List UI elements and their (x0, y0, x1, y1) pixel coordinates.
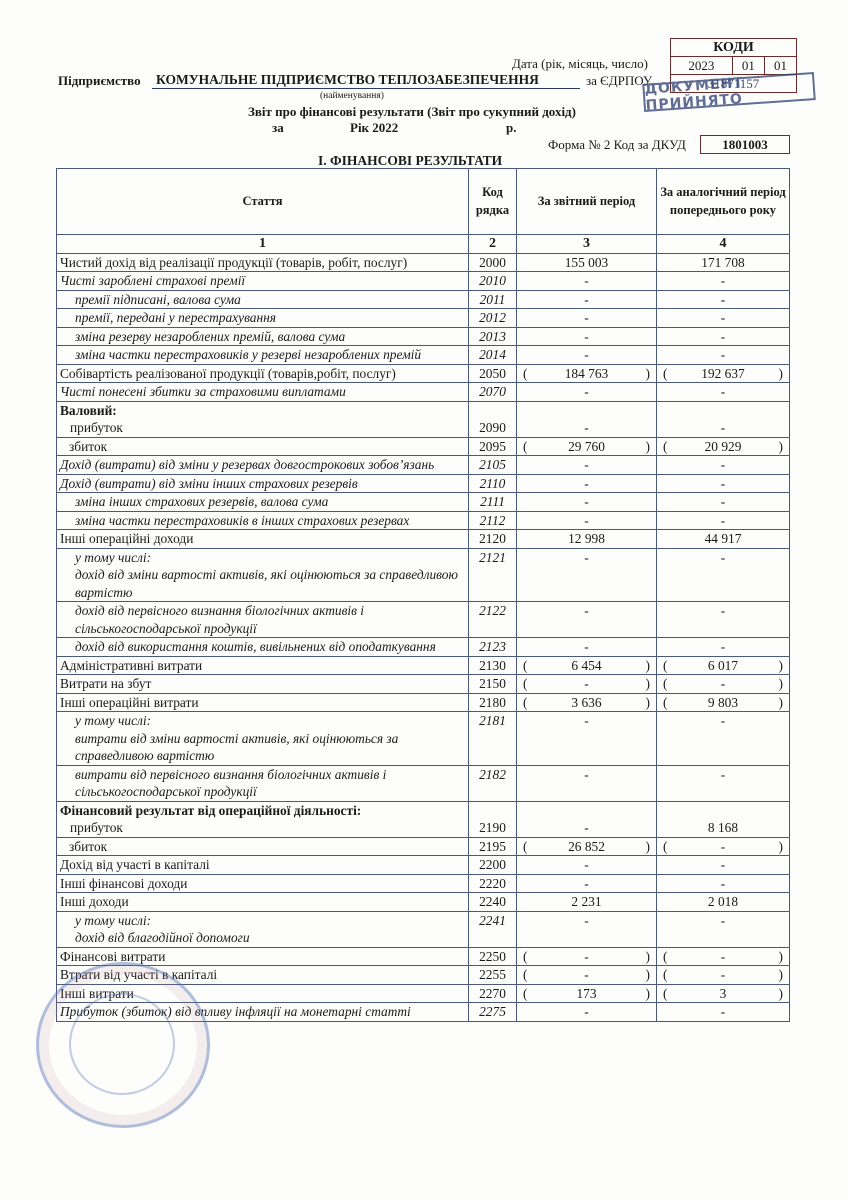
value-current: - (517, 1003, 657, 1022)
value-current: (26 852) (517, 837, 657, 856)
value-current: - (517, 765, 657, 801)
row-code: 2012 (469, 309, 517, 328)
value-previous: - (657, 638, 790, 657)
value-previous: - (657, 765, 790, 801)
value-current: - (517, 290, 657, 309)
value-current: - (517, 638, 657, 657)
name-caption: (найменування) (320, 91, 384, 101)
table-row: зміна частки перестраховиків в інших стр… (57, 511, 790, 530)
value-previous: - (657, 327, 790, 346)
row-label: у тому числі:дохід від благодійної допом… (57, 911, 469, 947)
row-code: 2070 (469, 383, 517, 402)
value-previous: - (657, 548, 790, 602)
value-current: - (517, 874, 657, 893)
row-code: 2150 (469, 675, 517, 694)
table-row: Адміністративні витрати2130(6 454)(6 017… (57, 656, 790, 675)
row-code: 2050 (469, 364, 517, 383)
value-previous: - (657, 290, 790, 309)
value-current: - (517, 911, 657, 947)
accepted-stamp: ДОКУМЕНТ ПРИЙНЯТО (642, 72, 816, 112)
table-row: Дохід (витрати) від зміни інших страхови… (57, 474, 790, 493)
value-previous: (-) (657, 837, 790, 856)
value-current: - (517, 401, 657, 437)
group-sub: прибуток (60, 419, 465, 437)
col-header-previous: За аналогічний період попереднього року (657, 169, 790, 235)
row-label: витрати від первісного визнання біологіч… (57, 765, 469, 801)
row-code: 2014 (469, 346, 517, 365)
table-row: зміна частки перестраховиків у резерві н… (57, 346, 790, 365)
row-code: 2090 (469, 401, 517, 437)
row-code: 2240 (469, 893, 517, 912)
table-row: Дохід від участі в капіталі2200-- (57, 856, 790, 875)
table-row: у тому числі:дохід від зміни вартості ак… (57, 548, 790, 602)
row-code: 2182 (469, 765, 517, 801)
row-label: Собівартість реалізованої продукції (тов… (57, 364, 469, 383)
value-previous: (6 017) (657, 656, 790, 675)
enterprise-label: Підприємство (58, 73, 141, 89)
value-current: - (517, 474, 657, 493)
value-current: - (517, 309, 657, 328)
value-current: - (517, 801, 657, 837)
row-code: 2220 (469, 874, 517, 893)
value-previous: 2 018 (657, 893, 790, 912)
row-label: у тому числі:дохід від зміни вартості ак… (57, 548, 469, 602)
row-label: премії підписані, валова сума (57, 290, 469, 309)
value-current: - (517, 456, 657, 475)
value-current: - (517, 346, 657, 365)
table-row: у тому числі:витрати від зміни вартості … (57, 712, 790, 766)
group-sub: прибуток (60, 819, 465, 837)
value-previous: - (657, 474, 790, 493)
dkud-code: 1801003 (700, 135, 790, 154)
table-row: Інші операційні доходи212012 99844 917 (57, 530, 790, 549)
table-row: премії підписані, валова сума2011-- (57, 290, 790, 309)
table-row: Втрати від участі в капіталі2255(-)(-) (57, 966, 790, 985)
value-previous: - (657, 346, 790, 365)
value-previous: (-) (657, 947, 790, 966)
table-row: збиток2095(29 760)(20 929) (57, 437, 790, 456)
value-previous: - (657, 401, 790, 437)
form-label: Форма № 2 Код за ДКУД (548, 137, 686, 153)
table-row: Чистий дохід від реалізації продукції (т… (57, 253, 790, 272)
row-label: збиток (57, 437, 469, 456)
report-title: Звіт про фінансові результати (Звіт про … (248, 104, 576, 120)
value-previous: - (657, 493, 790, 512)
period-suffix: р. (506, 120, 516, 136)
value-previous: (3) (657, 984, 790, 1003)
row-prefix: у тому числі: (75, 549, 465, 567)
row-code: 2180 (469, 693, 517, 712)
row-label: Втрати від участі в капіталі (57, 966, 469, 985)
table-row: зміна резерву незароблених премій, валов… (57, 327, 790, 346)
value-current: - (517, 856, 657, 875)
row-sub: дохід від зміни вартості активів, які оц… (75, 566, 465, 601)
value-current: (6 454) (517, 656, 657, 675)
row-sub: дохід від благодійної допомоги (75, 929, 465, 947)
row-code: 2111 (469, 493, 517, 512)
value-current: 155 003 (517, 253, 657, 272)
row-sub: витрати від зміни вартості активів, які … (75, 730, 465, 765)
row-label: Інші операційні витрати (57, 693, 469, 712)
table-row: премії, передані у перестрахування2012-- (57, 309, 790, 328)
value-previous: (-) (657, 966, 790, 985)
value-previous: (-) (657, 675, 790, 694)
row-code: 2130 (469, 656, 517, 675)
row-code: 2190 (469, 801, 517, 837)
row-code: 2195 (469, 837, 517, 856)
value-previous: - (657, 1003, 790, 1022)
value-current: - (517, 712, 657, 766)
section-title: І. ФІНАНСОВІ РЕЗУЛЬТАТИ (318, 153, 502, 169)
financial-results-table: Стаття Код рядка За звітний період За ан… (56, 168, 790, 1022)
value-previous: (192 637) (657, 364, 790, 383)
value-current: - (517, 272, 657, 291)
row-code: 2122 (469, 602, 517, 638)
row-code: 2241 (469, 911, 517, 947)
row-label: Фінансовий результат від операційної дія… (57, 801, 469, 837)
value-previous: 171 708 (657, 253, 790, 272)
row-label: дохід від первісного визнання біологічни… (57, 602, 469, 638)
row-label: Прибуток (збиток) від впливу інфляції на… (57, 1003, 469, 1022)
row-label: зміна частки перестраховиків в інших стр… (57, 511, 469, 530)
row-code: 2011 (469, 290, 517, 309)
col-header-item: Стаття (57, 169, 469, 235)
value-current: - (517, 602, 657, 638)
row-label: Чисті понесені збитки за страховими випл… (57, 383, 469, 402)
value-previous: - (657, 874, 790, 893)
table-row: Чисті зароблені страхові премії2010-- (57, 272, 790, 291)
value-current: - (517, 493, 657, 512)
value-previous: - (657, 511, 790, 530)
table-row: Валовий:прибуток2090-- (57, 401, 790, 437)
col-number: 2 (469, 235, 517, 254)
period-prefix: за (272, 120, 284, 136)
row-code: 2181 (469, 712, 517, 766)
table-row: Інші витрати2270(173)(3) (57, 984, 790, 1003)
row-label: Дохід (витрати) від зміни у резервах дов… (57, 456, 469, 475)
row-label: Валовий:прибуток (57, 401, 469, 437)
row-code: 2112 (469, 511, 517, 530)
date-year: 2023 (671, 57, 733, 75)
row-label: зміна інших страхових резервів, валова с… (57, 493, 469, 512)
value-previous: - (657, 911, 790, 947)
table-row: Чисті понесені збитки за страховими випл… (57, 383, 790, 402)
row-prefix: у тому числі: (75, 912, 465, 930)
table-row: Інші операційні витрати2180(3 636)(9 803… (57, 693, 790, 712)
row-label: збиток (57, 837, 469, 856)
row-code: 2121 (469, 548, 517, 602)
row-code: 2000 (469, 253, 517, 272)
value-current: (3 636) (517, 693, 657, 712)
row-code: 2275 (469, 1003, 517, 1022)
row-code: 2250 (469, 947, 517, 966)
table-row: Прибуток (збиток) від впливу інфляції на… (57, 1003, 790, 1022)
group-title: Валовий: (60, 402, 465, 420)
table-row: Витрати на збут2150(-)(-) (57, 675, 790, 694)
value-previous: - (657, 712, 790, 766)
row-code: 2123 (469, 638, 517, 657)
row-code: 2010 (469, 272, 517, 291)
table-row: Дохід (витрати) від зміни у резервах дов… (57, 456, 790, 475)
col-number: 1 (57, 235, 469, 254)
row-code: 2120 (469, 530, 517, 549)
value-previous: - (657, 309, 790, 328)
value-previous: - (657, 856, 790, 875)
row-label: зміна резерву незароблених премій, валов… (57, 327, 469, 346)
value-current: - (517, 548, 657, 602)
value-current: - (517, 383, 657, 402)
row-label: дохід від використання коштів, вивільнен… (57, 638, 469, 657)
value-previous: (9 803) (657, 693, 790, 712)
value-current: (184 763) (517, 364, 657, 383)
value-current: 12 998 (517, 530, 657, 549)
value-previous: (20 929) (657, 437, 790, 456)
table-row: Інші фінансові доходи2220-- (57, 874, 790, 893)
row-code: 2110 (469, 474, 517, 493)
row-code: 2105 (469, 456, 517, 475)
row-label: Фінансові витрати (57, 947, 469, 966)
value-previous: - (657, 383, 790, 402)
row-label: Адміністративні витрати (57, 656, 469, 675)
table-row: Інші доходи22402 2312 018 (57, 893, 790, 912)
value-previous: 8 168 (657, 801, 790, 837)
col-header-current: За звітний період (517, 169, 657, 235)
row-code: 2255 (469, 966, 517, 985)
col-header-code: Код рядка (469, 169, 517, 235)
row-label: Чисті зароблені страхові премії (57, 272, 469, 291)
enterprise-name: КОМУНАЛЬНЕ ПІДПРИЄМСТВО ТЕПЛОЗАБЕЗПЕЧЕНН… (156, 72, 539, 88)
col-number: 3 (517, 235, 657, 254)
date-label: Дата (рік, місяць, число) (512, 56, 648, 72)
col-number: 4 (657, 235, 790, 254)
row-label: Інші фінансові доходи (57, 874, 469, 893)
row-label: Чистий дохід від реалізації продукції (т… (57, 253, 469, 272)
value-current: (-) (517, 947, 657, 966)
group-title: Фінансовий результат від операційної дія… (60, 802, 465, 820)
table-row: у тому числі:дохід від благодійної допом… (57, 911, 790, 947)
table-row: Собівартість реалізованої продукції (тов… (57, 364, 790, 383)
row-label: Дохід від участі в капіталі (57, 856, 469, 875)
row-label: Дохід (витрати) від зміни інших страхови… (57, 474, 469, 493)
row-code: 2013 (469, 327, 517, 346)
value-previous: - (657, 602, 790, 638)
table-row: зміна інших страхових резервів, валова с… (57, 493, 790, 512)
enterprise-name-underline (152, 88, 580, 89)
value-current: (-) (517, 675, 657, 694)
value-previous: - (657, 272, 790, 291)
value-current: - (517, 511, 657, 530)
value-previous: - (657, 456, 790, 475)
row-code: 2270 (469, 984, 517, 1003)
row-prefix: у тому числі: (75, 712, 465, 730)
row-label: Інші витрати (57, 984, 469, 1003)
value-current: 2 231 (517, 893, 657, 912)
row-label: Витрати на збут (57, 675, 469, 694)
report-period: Рік 2022 (350, 120, 398, 136)
row-label: Інші доходи (57, 893, 469, 912)
row-label: зміна частки перестраховиків у резерві н… (57, 346, 469, 365)
table-row: дохід від первісного визнання біологічни… (57, 602, 790, 638)
codes-title: КОДИ (671, 39, 797, 57)
date-month: 01 (732, 57, 764, 75)
row-code: 2095 (469, 437, 517, 456)
table-row: витрати від первісного визнання біологіч… (57, 765, 790, 801)
value-previous: 44 917 (657, 530, 790, 549)
row-label: Інші операційні доходи (57, 530, 469, 549)
value-current: (-) (517, 966, 657, 985)
table-row: Фінансовий результат від операційної дія… (57, 801, 790, 837)
row-code: 2200 (469, 856, 517, 875)
table-row: Фінансові витрати2250(-)(-) (57, 947, 790, 966)
value-current: - (517, 327, 657, 346)
value-current: (29 760) (517, 437, 657, 456)
row-label: премії, передані у перестрахування (57, 309, 469, 328)
row-label: у тому числі:витрати від зміни вартості … (57, 712, 469, 766)
table-row: дохід від використання коштів, вивільнен… (57, 638, 790, 657)
table-row: збиток2195(26 852)(-) (57, 837, 790, 856)
value-current: (173) (517, 984, 657, 1003)
